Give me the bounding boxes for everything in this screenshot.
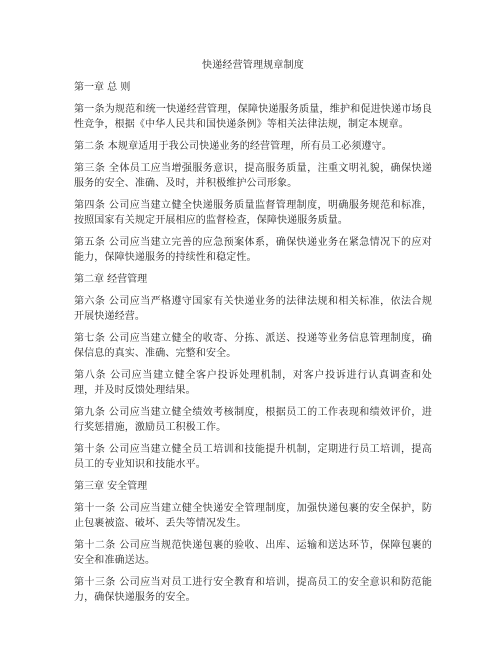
chapter-heading-1: 第一章 总 则 (74, 80, 432, 95)
article-9: 第九条 公司应当建立健全绩效考核制度，根据员工的工作表现和绩效评价，进行奖惩措施… (74, 405, 432, 435)
document-title: 快递经营管理规章制度 (74, 58, 432, 73)
article-4: 第四条 公司应当建立健全快递服务质量监督管理制度，明确服务规范和标准，按照国家有… (74, 198, 432, 228)
article-6: 第六条 公司应当严格遵守国家有关快递业务的法律法规和相关标准，依法合规开展快递经… (74, 294, 432, 324)
article-1: 第一条为规范和统一快递经营管理，保障快递服务质量，维护和促进快递市场良性竞争，根… (74, 102, 432, 132)
document-page: 快递经营管理规章制度 第一章 总 则 第一条为规范和统一快递经营管理，保障快递服… (74, 58, 432, 612)
article-5: 第五条 公司应当建立完善的应急预案体系，确保快递业务在紧急情况下的应对能力，保障… (74, 235, 432, 265)
article-2: 第二条 本规章适用于我公司快递业务的经营管理，所有员工必须遵守。 (74, 139, 432, 154)
chapter-heading-2: 第二章 经营管理 (74, 272, 432, 287)
article-7: 第七条 公司应当建立健全的收寄、分拣、派送、投递等业务信息管理制度，确保信息的真… (74, 331, 432, 361)
article-13: 第十三条 公司应当对员工进行安全教育和培训，提高员工的安全意识和防范能力，确保快… (74, 575, 432, 605)
article-10: 第十条 公司应当建立健全员工培训和技能提升机制，定期进行员工培训，提高员工的专业… (74, 442, 432, 472)
article-8: 第八条 公司应当建立健全客户投诉处理机制，对客户投诉进行认真调查和处理，并及时反… (74, 368, 432, 398)
article-11: 第十一条 公司应当建立健全快递安全管理制度，加强快递包裹的安全保护，防止包裹被盗… (74, 501, 432, 531)
article-3: 第三条 全体员工应当增强服务意识，提高服务质量，注重文明礼貌，确保快递服务的安全… (74, 161, 432, 191)
article-12: 第十二条 公司应当规范快递包裹的验收、出库、运输和送达环节，保障包裹的安全和准确… (74, 538, 432, 568)
chapter-heading-3: 第三章 安全管理 (74, 479, 432, 494)
